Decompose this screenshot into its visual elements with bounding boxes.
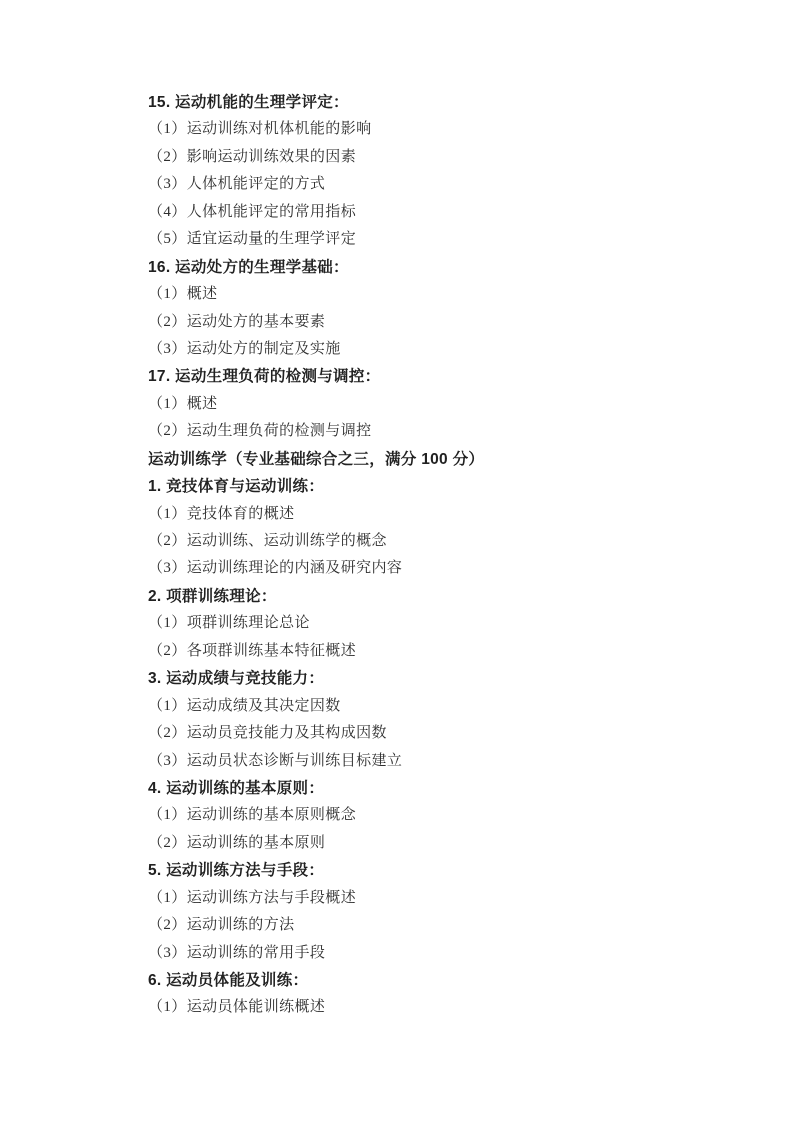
outline-item: （3）运动训练理论的内涵及研究内容 [148,555,753,582]
outline-item: （2）运动训练的基本原则 [148,830,753,857]
outline-item: （2）影响运动训练效果的因素 [148,144,753,171]
section-heading: 16. 运动处方的生理学基础： [148,254,753,281]
outline-item: （1）竞技体育的概述 [148,501,753,528]
section-heading: 15. 运动机能的生理学评定： [148,89,753,116]
outline-item: （1）运动训练对机体机能的影响 [148,116,753,143]
outline-item: （1）运动成绩及其决定因数 [148,693,753,720]
section-heading: 5. 运动训练方法与手段： [148,857,753,884]
outline-item: （1）项群训练理论总论 [148,610,753,637]
document-page: 15. 运动机能的生理学评定：（1）运动训练对机体机能的影响（2）影响运动训练效… [0,0,793,1121]
outline-item: （1）概述 [148,391,753,418]
outline-item: （2）各项群训练基本特征概述 [148,638,753,665]
outline-item: （5）适宜运动量的生理学评定 [148,226,753,253]
outline-item: （4）人体机能评定的常用指标 [148,199,753,226]
outline-item: （3）人体机能评定的方式 [148,171,753,198]
outline-item: （1）运动员体能训练概述 [148,994,753,1021]
outline-item: （3）运动训练的常用手段 [148,940,753,967]
outline-item: （3）运动处方的制定及实施 [148,336,753,363]
section-heading: 1. 竞技体育与运动训练： [148,473,753,500]
outline-item: （1）概述 [148,281,753,308]
section-heading: 17. 运动生理负荷的检测与调控： [148,363,753,390]
outline-item: （2）运动生理负荷的检测与调控 [148,418,753,445]
outline-item: （3）运动员状态诊断与训练目标建立 [148,748,753,775]
document-body: 15. 运动机能的生理学评定：（1）运动训练对机体机能的影响（2）影响运动训练效… [148,89,753,1022]
outline-item: （1）运动训练的基本原则概念 [148,802,753,829]
section-heading: 6. 运动员体能及训练： [148,967,753,994]
outline-item: （2）运动训练的方法 [148,912,753,939]
outline-item: （1）运动训练方法与手段概述 [148,885,753,912]
section-heading: 2. 项群训练理论： [148,583,753,610]
section-heading: 3. 运动成绩与竞技能力： [148,665,753,692]
outline-item: （2）运动训练、运动训练学的概念 [148,528,753,555]
section-heading: 4. 运动训练的基本原则： [148,775,753,802]
section-title: 运动训练学（专业基础综合之三，满分 100 分） [148,446,753,473]
outline-item: （2）运动员竞技能力及其构成因数 [148,720,753,747]
outline-item: （2）运动处方的基本要素 [148,309,753,336]
